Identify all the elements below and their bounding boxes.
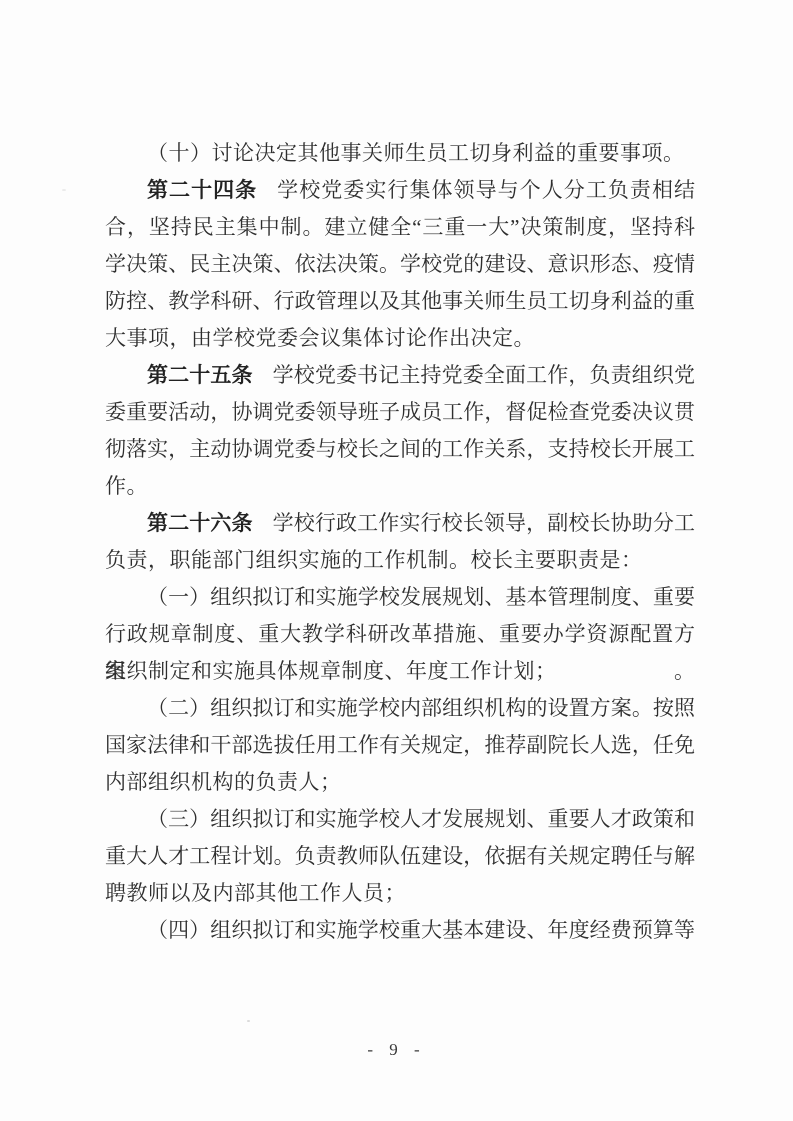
- line-text: 大事项，由学校党委会议集体讨论作出决定。: [105, 326, 535, 350]
- text-line: 内部组织机构的负责人；: [105, 764, 695, 801]
- line-text: 负责，职能部门组织实施的工作机制。校长主要职责是：: [105, 548, 643, 572]
- line-text: 国家法律和干部选拔任用工作有关规定，推荐副院长人选，任免: [105, 733, 695, 757]
- line-text: 内部组织机构的负责人；: [105, 770, 342, 794]
- text-line: （三）组织拟订和实施学校人才发展规划、重要人才政策和: [105, 801, 695, 838]
- line-text: （三）组织拟订和实施学校人才发展规划、重要人才政策和: [147, 807, 695, 831]
- text-line: 作。: [105, 468, 695, 505]
- line-text: 合，坚持民主集中制。建立健全“三重一大”决策制度，坚持科: [105, 215, 695, 239]
- line-text: 委重要活动，协调党委领导班子成员工作，督促检查党委决议贯: [105, 400, 695, 424]
- line-text: 学决策、民主决策、依法决策。学校党的建设、意识形态、疫情: [105, 252, 695, 276]
- text-line: 合，坚持民主集中制。建立健全“三重一大”决策制度，坚持科: [105, 209, 695, 246]
- line-text: （十）讨论决定其他事关师生员工切身利益的重要事项。: [147, 141, 685, 165]
- text-line: 彻落实，主动协调党委与校长之间的工作关系，支持校长开展工: [105, 431, 695, 468]
- text-line: （十）讨论决定其他事关师生员工切身利益的重要事项。: [105, 135, 695, 172]
- text-line: （二）组织拟订和实施学校内部组织机构的设置方案。按照: [105, 690, 695, 727]
- line-text: （二）组织拟订和实施学校内部组织机构的设置方案。按照: [147, 696, 695, 720]
- line-text: 聘教师以及内部其他工作人员；: [105, 881, 406, 905]
- text-line: 第二十五条学校党委书记主持党委全面工作，负责组织党: [105, 357, 695, 394]
- article-number: 第二十六条: [147, 512, 253, 535]
- line-text: 学校党委实行集体领导与个人分工负责相结: [277, 178, 695, 202]
- line-text: 彻落实，主动协调党委与校长之间的工作关系，支持校长开展工: [105, 437, 695, 461]
- text-line: 学决策、民主决策、依法决策。学校党的建设、意识形态、疫情: [105, 246, 695, 283]
- text-line: 聘教师以及内部其他工作人员；: [105, 875, 695, 912]
- text-line: 重大人才工程计划。负责教师队伍建设，依据有关规定聘任与解: [105, 838, 695, 875]
- article-number: 第二十四条: [147, 179, 257, 202]
- text-line: 第二十四条学校党委实行集体领导与个人分工负责相结: [105, 172, 695, 209]
- line-text: 学校行政工作实行校长领导，副校长协助分工: [273, 511, 695, 535]
- text-line: 国家法律和干部选拔任用工作有关规定，推荐副院长人选，任免: [105, 727, 695, 764]
- line-text: （四）组织拟订和实施学校重大基本建设、年度经费预算等: [147, 918, 695, 942]
- line-text: 防控、教学科研、行政管理以及其他事关师生员工切身利益的重: [105, 289, 695, 313]
- line-text: 学校党委书记主持党委全面工作，负责组织党: [273, 363, 695, 387]
- line-text: 重大人才工程计划。负责教师队伍建设，依据有关规定聘任与解: [105, 844, 695, 868]
- text-line: （四）组织拟订和实施学校重大基本建设、年度经费预算等: [105, 912, 695, 949]
- text-line: 防控、教学科研、行政管理以及其他事关师生员工切身利益的重: [105, 283, 695, 320]
- line-text: （一）组织拟订和实施学校发展规划、基本管理制度、重要: [147, 585, 695, 609]
- line-text: 组织制定和实施具体规章制度、年度工作计划；: [105, 659, 557, 683]
- text-line: 委重要活动，协调党委领导班子成员工作，督促检查党委决议贯: [105, 394, 695, 431]
- text-line: （一）组织拟订和实施学校发展规划、基本管理制度、重要: [105, 579, 695, 616]
- text-line: 行政规章制度、重大教学科研改革措施、重要办学资源配置方案。: [105, 616, 695, 653]
- text-line: 负责，职能部门组织实施的工作机制。校长主要职责是：: [105, 542, 695, 579]
- line-text: 作。: [105, 474, 148, 498]
- article-number: 第二十五条: [147, 364, 253, 387]
- text-line: 第二十六条学校行政工作实行校长领导，副校长协助分工: [105, 505, 695, 542]
- text-block: （十）讨论决定其他事关师生员工切身利益的重要事项。第二十四条学校党委实行集体领导…: [105, 135, 695, 949]
- page-number: - 9 -: [0, 1040, 793, 1060]
- document-page: （十）讨论决定其他事关师生员工切身利益的重要事项。第二十四条学校党委实行集体领导…: [0, 0, 793, 1121]
- text-line: 大事项，由学校党委会议集体讨论作出决定。: [105, 320, 695, 357]
- scan-speck: [247, 1020, 250, 1022]
- scan-speck: [62, 189, 66, 191]
